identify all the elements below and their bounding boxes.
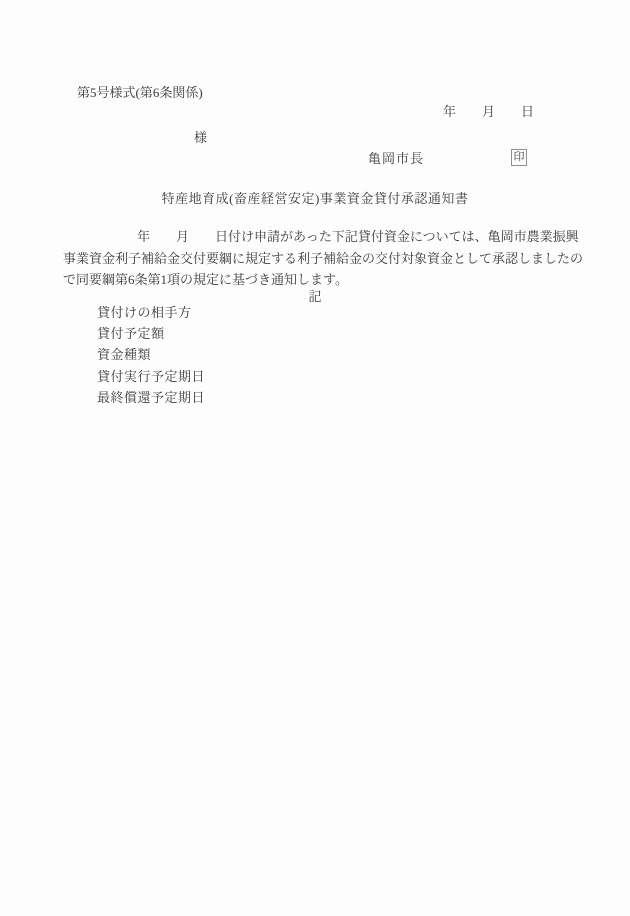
item-loan-counterparty: 貸付けの相手方 bbox=[97, 302, 205, 323]
header-date-line: 年 月 日 bbox=[443, 101, 534, 120]
document-title: 特産地育成(畜産経営安定)事業資金貸付承認通知書 bbox=[0, 188, 630, 207]
ki-heading: 記 bbox=[0, 286, 630, 305]
document-page: 第5号様式(第6条関係) 年 月 日 様 亀岡市長 印 特産地育成(畜産経営安定… bbox=[0, 0, 630, 916]
item-planned-loan-amount: 貸付予定額 bbox=[97, 323, 205, 344]
body-line-1: 年 月 日付け申請があった下記貸付資金については、亀岡市農業振興 bbox=[63, 226, 583, 248]
sender-name: 亀岡市長 bbox=[368, 148, 424, 167]
body-paragraph: 年 月 日付け申請があった下記貸付資金については、亀岡市農業振興 事業資金利子補… bbox=[63, 226, 583, 291]
item-loan-execution-date: 貸付実行予定期日 bbox=[97, 366, 205, 387]
seal-mark: 印 bbox=[511, 149, 527, 166]
item-fund-type: 資金種類 bbox=[97, 344, 205, 365]
addressee-suffix: 様 bbox=[194, 127, 207, 146]
body-line-2: 事業資金利子補給金交付要綱に規定する利子補給金の交付対象資金として承認しましたの bbox=[63, 248, 583, 270]
item-final-repayment-date: 最終償還予定期日 bbox=[97, 387, 205, 408]
item-list: 貸付けの相手方 貸付予定額 資金種類 貸付実行予定期日 最終償還予定期日 bbox=[97, 302, 205, 408]
form-number: 第5号様式(第6条関係) bbox=[77, 82, 203, 101]
